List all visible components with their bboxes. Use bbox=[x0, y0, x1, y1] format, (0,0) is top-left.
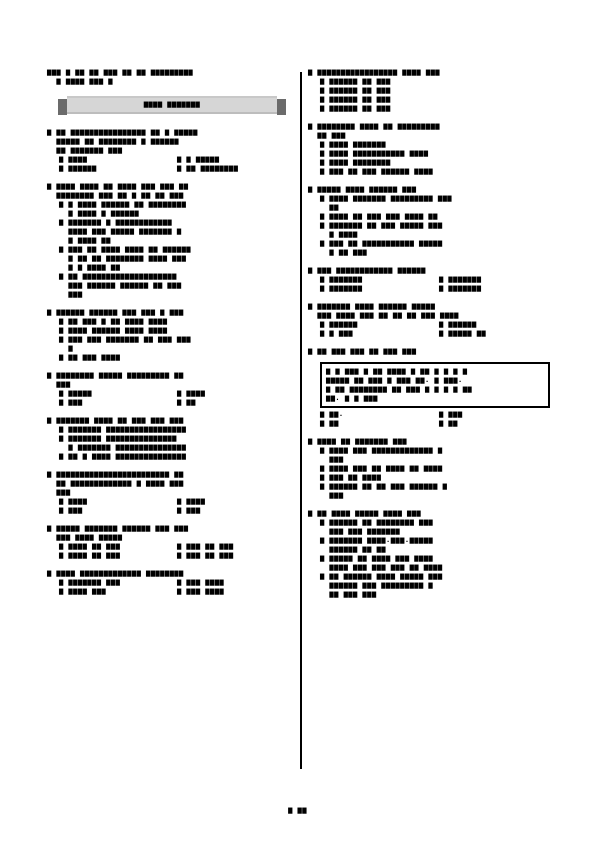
answer-options: ▆ ▆▆▆▆ ▆▆▆ ▆▆▆▆▆▆▆▆▆▆▆▆▆ ▆ ▆▆▆▆ ▆▆▆▆ ▆▆▆… bbox=[308, 446, 558, 500]
answer-option: ▆ ▆▆▆▆▆▆ ▆▆ ▆▆▆ bbox=[320, 77, 558, 86]
question-stem: ▆ ▆▆▆▆ ▆▆ ▆▆▆▆▆▆▆ ▆▆▆ bbox=[308, 437, 558, 446]
section-title: ▆▆▆▆ ▆▆▆▆▆▆▆ bbox=[67, 100, 277, 109]
question: ▆ ▆▆▆ ▆▆▆▆▆▆▆▆▆▆▆▆ ▆▆▆▆▆▆▆ ▆▆▆▆▆▆▆▆ ▆▆▆▆… bbox=[308, 266, 558, 293]
question-stem: ▆ ▆▆▆▆▆▆▆▆ ▆▆▆▆▆ ▆▆▆▆▆▆▆▆▆ ▆▆ ▆▆▆ bbox=[47, 371, 295, 389]
question-stem: ▆ ▆▆▆ ▆▆▆▆▆▆▆▆▆▆▆▆ ▆▆▆▆▆▆ bbox=[308, 266, 558, 275]
question: ▆ ▆▆▆▆▆ ▆▆▆▆ ▆▆▆▆▆▆ ▆▆▆▆ ▆▆▆▆ ▆▆▆▆▆▆▆ ▆▆… bbox=[308, 185, 558, 257]
question-stem: ▆ ▆▆▆▆ ▆▆▆▆▆▆▆▆▆▆▆▆▆ ▆▆▆▆▆▆▆▆ bbox=[47, 569, 295, 578]
answer-option: ▆ ▆▆. bbox=[320, 410, 439, 419]
answer-option: ▆ ▆▆ ▆▆▆▆▆▆▆▆▆▆▆▆▆▆▆▆▆▆▆▆ ▆▆▆ ▆▆▆▆▆▆ ▆▆▆… bbox=[59, 272, 295, 299]
question-stem: ▆ ▆▆ ▆▆▆ ▆▆▆ ▆▆ ▆▆▆ ▆▆▆ bbox=[308, 347, 558, 356]
answer-option: ▆ ▆▆▆▆▆▆ ▆▆ ▆▆▆ bbox=[320, 86, 558, 95]
answer-options: ▆ ▆▆▆▆ ▆▆ ▆▆▆▆ ▆▆▆ ▆▆ ▆▆▆▆ ▆▆▆▆ ▆▆ ▆▆▆▆ … bbox=[47, 542, 295, 560]
question: ▆ ▆▆▆▆▆▆▆▆▆▆▆▆▆▆▆▆▆ ▆▆▆▆ ▆▆▆▆ ▆▆▆▆▆▆ ▆▆ … bbox=[308, 68, 558, 113]
question: ▆ ▆▆▆▆ ▆▆▆▆▆▆▆▆▆▆▆▆▆ ▆▆▆▆▆▆▆▆▆ ▆▆▆▆▆▆▆ ▆… bbox=[47, 569, 295, 596]
answer-options: ▆ ▆▆▆▆▆▆▆▆ ▆▆▆▆▆▆▆▆ ▆▆▆▆▆▆▆▆ ▆▆▆▆▆▆▆ bbox=[308, 275, 558, 293]
answer-option: ▆ ▆▆▆ bbox=[59, 506, 177, 515]
answer-option: ▆ ▆▆▆▆▆▆▆ ▆▆▆▆▆▆▆▆▆▆▆▆▆▆▆▆▆ bbox=[59, 425, 295, 434]
answer-option: ▆ ▆▆▆▆▆▆▆ ▆▆▆▆.▆▆▆.▆▆▆▆▆ ▆▆▆▆▆▆ ▆▆ ▆▆ bbox=[320, 536, 558, 554]
answer-option: ▆ ▆▆▆▆▆▆▆ ▆▆▆▆▆▆▆▆▆▆▆▆▆▆▆ ▆ ▆▆▆▆▆▆▆ ▆▆▆▆… bbox=[59, 434, 295, 452]
question-stem: ▆ ▆▆▆▆▆▆ ▆▆▆▆▆▆ ▆▆▆ ▆▆▆ ▆ ▆▆▆ bbox=[47, 308, 295, 317]
banner-cap-left bbox=[58, 99, 67, 115]
question: ▆ ▆▆▆▆▆ ▆▆▆▆▆▆▆ ▆▆▆▆▆▆ ▆▆▆ ▆▆▆ ▆▆▆ ▆▆▆▆ … bbox=[47, 524, 295, 560]
answer-option: ▆ ▆▆▆▆▆▆ ▆▆ ▆▆▆ bbox=[320, 104, 558, 113]
question-stem: ▆ ▆▆▆▆▆ ▆▆▆▆ ▆▆▆▆▆▆ ▆▆▆ bbox=[308, 185, 558, 194]
answer-option: ▆ ▆▆ ▆ ▆▆▆▆ ▆▆▆▆▆▆▆▆▆▆▆▆▆▆▆ bbox=[59, 452, 295, 461]
answer-option: ▆ ▆▆▆▆ ▆▆▆▆▆▆ ▆▆▆▆ ▆▆▆▆ bbox=[59, 326, 295, 335]
answer-option: ▆ ▆▆ ▆▆▆ ▆▆▆▆ bbox=[59, 353, 295, 362]
question: ▆ ▆▆▆▆▆▆▆ ▆▆▆▆ ▆▆▆▆▆▆ ▆▆▆▆▆ ▆▆▆ ▆▆▆▆ ▆▆▆… bbox=[308, 302, 558, 338]
answer-option: ▆ ▆▆▆▆▆▆ bbox=[59, 164, 177, 173]
answer-option: ▆ ▆▆▆ ▆▆ ▆▆▆▆ bbox=[320, 473, 558, 482]
question: ▆ ▆▆▆▆▆▆ ▆▆▆▆▆▆ ▆▆▆ ▆▆▆ ▆ ▆▆▆▆ ▆▆ ▆▆▆ ▆ … bbox=[47, 308, 295, 362]
answer-option: ▆ ▆▆ bbox=[439, 419, 558, 428]
question: ▆ ▆▆ ▆▆▆▆ ▆▆▆▆▆ ▆▆▆▆ ▆▆▆▆ ▆▆▆▆▆▆ ▆▆ ▆▆▆▆… bbox=[308, 509, 558, 599]
answer-option: ▆ ▆▆▆▆ bbox=[177, 389, 295, 398]
answer-options: ▆ ▆▆▆▆▆ ▆ ▆▆▆▆▆▆ ▆▆▆▆▆▆▆ ▆▆ ▆▆▆▆▆▆▆▆ bbox=[47, 155, 295, 173]
answer-option: ▆ ▆▆▆▆▆▆ bbox=[320, 320, 439, 329]
answer-options: ▆ ▆▆▆▆▆▆▆ ▆▆▆▆▆▆▆ ▆ ▆▆▆▆ ▆▆▆▆▆ ▆▆ bbox=[308, 320, 558, 338]
answer-option: ▆ ▆▆▆ ▆▆▆▆ bbox=[177, 587, 295, 596]
answer-option: ▆ ▆▆▆▆ ▆▆ ▆▆▆ bbox=[59, 542, 177, 551]
answer-option: ▆ ▆▆▆▆▆▆▆ bbox=[439, 284, 558, 293]
answer-options: ▆ ▆▆▆▆▆▆ ▆▆ ▆▆▆▆▆▆▆▆ ▆▆▆ ▆▆▆ ▆▆▆ ▆▆▆▆▆▆▆… bbox=[308, 518, 558, 599]
left-question-list: ▆ ▆▆ ▆▆▆▆▆▆▆▆▆▆▆▆▆▆▆▆ ▆▆ ▆ ▆▆▆▆▆ ▆▆▆▆▆ ▆… bbox=[47, 128, 295, 596]
question-stem: ▆ ▆▆▆▆▆▆▆▆▆▆▆▆▆▆▆▆▆▆▆▆▆▆▆▆ ▆▆ ▆▆ ▆▆▆▆▆▆▆… bbox=[47, 470, 295, 497]
answer-option: ▆ ▆▆ bbox=[320, 419, 439, 428]
question: ▆ ▆▆▆▆▆▆▆▆ ▆▆▆▆▆ ▆▆▆▆▆▆▆▆▆ ▆▆ ▆▆▆▆ ▆▆▆▆▆… bbox=[47, 371, 295, 407]
question: ▆ ▆▆▆▆▆▆▆ ▆▆▆▆ ▆▆ ▆▆▆ ▆▆▆ ▆▆▆▆ ▆▆▆▆▆▆▆ ▆… bbox=[47, 416, 295, 461]
question-passage-box: ▆ ▆ ▆▆▆ ▆ ▆▆ ▆▆▆▆ ▆ ▆▆ ▆ ▆ ▆ ▆ ▆▆▆▆▆ ▆▆ … bbox=[320, 362, 550, 408]
answer-option: ▆ ▆▆▆▆▆ bbox=[59, 389, 177, 398]
intro-text: ▆▆▆ ▆ ▆▆ ▆▆ ▆▆▆ ▆▆ ▆▆ ▆▆▆▆▆▆▆▆▆ ▆ ▆▆▆▆ ▆… bbox=[47, 68, 295, 86]
question-stem: ▆ ▆▆▆▆▆ ▆▆▆▆▆▆▆ ▆▆▆▆▆▆ ▆▆▆ ▆▆▆ ▆▆▆ ▆▆▆▆ … bbox=[47, 524, 295, 542]
answer-option: ▆ ▆▆▆ ▆▆ ▆▆▆▆▆▆▆▆▆▆▆ ▆▆▆▆▆ ▆ ▆▆ ▆▆▆ bbox=[320, 239, 558, 257]
question-stem: ▆ ▆▆▆▆▆▆▆ ▆▆▆▆ ▆▆ ▆▆▆ ▆▆▆ ▆▆▆ bbox=[47, 416, 295, 425]
answer-option: ▆ ▆▆▆▆ bbox=[59, 155, 177, 164]
answer-option: ▆ ▆▆ ▆▆▆ ▆ ▆▆ ▆▆▆▆ ▆▆▆▆ bbox=[59, 317, 295, 326]
answer-options: ▆ ▆▆▆▆▆ ▆▆▆▆▆ ▆▆▆▆ ▆▆▆ bbox=[47, 497, 295, 515]
answer-option: ▆ ▆▆▆▆▆ ▆▆ bbox=[439, 329, 558, 338]
answer-option: ▆ ▆▆▆▆ ▆▆ ▆▆▆ bbox=[59, 551, 177, 560]
question-stem: ▆ ▆▆▆▆▆▆▆▆▆▆▆▆▆▆▆▆▆ ▆▆▆▆ ▆▆▆ bbox=[308, 68, 558, 77]
answer-option: ▆ ▆▆▆▆▆▆▆ bbox=[439, 275, 558, 284]
answer-option: ▆ ▆ ▆▆▆ bbox=[320, 329, 439, 338]
answer-option: ▆ ▆▆▆ bbox=[59, 398, 177, 407]
answer-option: ▆ ▆▆▆ ▆▆ ▆▆▆ ▆▆▆▆▆▆ ▆▆▆▆ bbox=[320, 167, 558, 176]
answer-option: ▆ ▆▆▆ ▆▆ ▆▆▆ bbox=[177, 542, 295, 551]
right-column: ▆ ▆▆▆▆▆▆▆▆▆▆▆▆▆▆▆▆▆ ▆▆▆▆ ▆▆▆▆ ▆▆▆▆▆▆ ▆▆ … bbox=[308, 68, 558, 608]
question-stem: ▆ ▆▆▆▆ ▆▆▆▆ ▆▆ ▆▆▆▆ ▆▆▆ ▆▆▆ ▆▆ ▆▆▆▆▆▆▆▆ … bbox=[47, 182, 295, 200]
question-stem: ▆ ▆▆ ▆▆▆▆ ▆▆▆▆▆ ▆▆▆▆ ▆▆▆ bbox=[308, 509, 558, 518]
answer-option: ▆ ▆▆▆▆▆▆ ▆▆ ▆▆▆ bbox=[320, 95, 558, 104]
answer-option: ▆ ▆▆▆▆▆▆▆ ▆ ▆▆▆▆▆▆▆▆▆▆▆▆ ▆▆▆▆ ▆▆▆ ▆▆▆▆▆ … bbox=[59, 218, 295, 245]
answer-options: ▆ ▆▆▆▆▆▆▆ ▆▆▆▆ ▆▆▆ ▆▆▆▆▆ ▆▆▆▆ ▆▆▆▆ ▆▆▆ ▆… bbox=[47, 578, 295, 596]
answer-option: ▆ ▆▆▆ ▆▆ ▆▆▆▆ ▆▆▆▆ ▆▆ ▆▆▆▆▆▆ ▆ ▆▆ ▆▆ ▆▆▆… bbox=[59, 245, 295, 272]
answer-option: ▆ ▆▆▆ ▆▆▆▆ bbox=[177, 578, 295, 587]
answer-option: ▆ ▆▆▆ ▆▆▆ ▆▆▆▆▆▆▆ ▆▆ ▆▆▆ ▆▆▆ ▆ bbox=[59, 335, 295, 353]
page-number: ▆ ▆▆ bbox=[0, 806, 595, 815]
answer-option: ▆ ▆▆▆▆ bbox=[59, 497, 177, 506]
answer-option: ▆ ▆▆▆▆ ▆▆▆ bbox=[59, 587, 177, 596]
answer-options: ▆ ▆▆▆▆ ▆▆▆▆▆▆▆▆ ▆▆▆▆ ▆▆▆▆▆▆▆▆▆▆▆ ▆▆▆▆▆ ▆… bbox=[308, 140, 558, 176]
banner-cap-right bbox=[277, 99, 286, 115]
answer-options: ▆ ▆▆.▆ ▆▆▆▆ ▆▆▆ ▆▆ bbox=[308, 410, 558, 428]
question: ▆ ▆▆▆▆ ▆▆▆▆ ▆▆ ▆▆▆▆ ▆▆▆ ▆▆▆ ▆▆ ▆▆▆▆▆▆▆▆ … bbox=[47, 182, 295, 299]
answer-option: ▆ ▆▆ ▆▆▆▆▆▆▆▆ bbox=[177, 164, 295, 173]
question-stem: ▆ ▆▆▆▆▆▆▆▆ ▆▆▆▆ ▆▆ ▆▆▆▆▆▆▆▆▆ ▆▆ ▆▆▆ bbox=[308, 122, 558, 140]
answer-options: ▆ ▆▆▆▆▆▆ ▆▆▆▆▆ ▆▆▆▆ ▆▆ bbox=[47, 389, 295, 407]
answer-option: ▆ ▆▆ bbox=[177, 398, 295, 407]
answer-options: ▆ ▆▆ ▆▆▆ ▆ ▆▆ ▆▆▆▆ ▆▆▆▆▆ ▆▆▆▆ ▆▆▆▆▆▆ ▆▆▆… bbox=[47, 317, 295, 362]
answer-option: ▆ ▆▆▆▆▆ ▆▆ ▆▆▆▆ ▆▆▆ ▆▆▆▆ ▆▆▆▆ ▆▆▆ ▆▆▆ ▆▆… bbox=[320, 554, 558, 572]
answer-option: ▆ ▆▆▆▆▆▆ ▆▆ ▆▆ ▆▆▆ ▆▆▆▆▆▆ ▆ ▆▆▆ bbox=[320, 482, 558, 500]
answer-options: ▆ ▆ ▆▆▆▆ ▆▆▆▆▆▆ ▆▆ ▆▆▆▆▆▆▆▆ ▆ ▆▆▆▆ ▆ ▆▆▆… bbox=[47, 200, 295, 299]
answer-option: ▆ ▆▆▆ ▆▆ ▆▆▆ bbox=[177, 551, 295, 560]
question-stem: ▆ ▆▆▆▆▆▆▆ ▆▆▆▆ ▆▆▆▆▆▆ ▆▆▆▆▆ ▆▆▆ ▆▆▆▆ ▆▆▆… bbox=[308, 302, 558, 320]
question: ▆ ▆▆▆▆▆▆▆▆ ▆▆▆▆ ▆▆ ▆▆▆▆▆▆▆▆▆ ▆▆ ▆▆▆▆ ▆▆▆… bbox=[308, 122, 558, 176]
answer-option: ▆ ▆ ▆▆▆▆ ▆▆▆▆▆▆ ▆▆ ▆▆▆▆▆▆▆▆ ▆ ▆▆▆▆ ▆ ▆▆▆… bbox=[59, 200, 295, 218]
answer-options: ▆ ▆▆▆▆▆▆▆ ▆▆▆▆▆▆▆▆▆▆▆▆▆▆▆▆▆ ▆ ▆▆▆▆▆▆▆ ▆▆… bbox=[47, 425, 295, 461]
question: ▆ ▆▆▆▆▆▆▆▆▆▆▆▆▆▆▆▆▆▆▆▆▆▆▆▆ ▆▆ ▆▆ ▆▆▆▆▆▆▆… bbox=[47, 470, 295, 515]
answer-option: ▆ ▆▆▆▆ ▆▆▆ ▆▆▆▆▆▆▆▆▆▆▆▆▆ ▆ ▆▆▆ bbox=[320, 446, 558, 464]
answer-option: ▆ ▆▆▆▆ ▆▆▆▆▆▆▆▆▆▆▆ ▆▆▆▆ bbox=[320, 149, 558, 158]
answer-options: ▆ ▆▆▆▆ ▆▆▆▆▆▆▆ ▆▆▆▆▆▆▆▆▆ ▆▆▆ ▆▆▆ ▆▆▆▆ ▆▆… bbox=[308, 194, 558, 257]
answer-option: ▆ ▆▆▆▆ ▆▆▆ ▆▆ ▆▆▆▆ ▆▆ ▆▆▆▆ bbox=[320, 464, 558, 473]
answer-option: ▆ ▆▆▆▆ ▆▆▆▆▆▆▆▆ bbox=[320, 158, 558, 167]
answer-option: ▆ ▆▆▆▆▆▆▆ ▆▆ ▆▆▆ ▆▆▆▆▆ ▆▆▆ ▆ ▆▆▆▆ bbox=[320, 221, 558, 239]
right-question-list: ▆ ▆▆▆▆▆▆▆▆▆▆▆▆▆▆▆▆▆ ▆▆▆▆ ▆▆▆▆ ▆▆▆▆▆▆ ▆▆ … bbox=[308, 68, 558, 599]
answer-option: ▆ ▆▆ ▆▆▆▆▆▆ ▆▆▆▆ ▆▆▆▆▆ ▆▆▆ ▆▆▆▆▆▆ ▆▆▆ ▆▆… bbox=[320, 572, 558, 599]
answer-option: ▆ ▆▆▆▆▆▆▆ bbox=[320, 284, 439, 293]
left-column: ▆▆▆ ▆ ▆▆ ▆▆ ▆▆▆ ▆▆ ▆▆ ▆▆▆▆▆▆▆▆▆ ▆ ▆▆▆▆ ▆… bbox=[47, 68, 295, 605]
answer-option: ▆ ▆▆▆▆▆▆ ▆▆ ▆▆▆▆▆▆▆▆ ▆▆▆ ▆▆▆ ▆▆▆ ▆▆▆▆▆▆▆ bbox=[320, 518, 558, 536]
answer-option: ▆ ▆▆▆ bbox=[177, 506, 295, 515]
answer-option: ▆ ▆▆▆▆▆▆ bbox=[439, 320, 558, 329]
answer-options: ▆ ▆▆▆▆▆▆ ▆▆ ▆▆▆▆ ▆▆▆▆▆▆ ▆▆ ▆▆▆▆ ▆▆▆▆▆▆ ▆… bbox=[308, 77, 558, 113]
column-divider bbox=[300, 72, 302, 769]
answer-option: ▆ ▆▆▆▆ ▆▆▆▆▆▆▆ ▆▆▆▆▆▆▆▆▆ ▆▆▆ ▆▆ bbox=[320, 194, 558, 212]
answer-option: ▆ ▆▆▆▆▆▆▆ ▆▆▆ bbox=[59, 578, 177, 587]
question: ▆ ▆▆ ▆▆▆ ▆▆▆ ▆▆ ▆▆▆ ▆▆▆▆ ▆ ▆▆▆ ▆ ▆▆ ▆▆▆▆… bbox=[308, 347, 558, 428]
answer-option: ▆ ▆▆▆▆ ▆▆ ▆▆▆ ▆▆▆ ▆▆▆▆ ▆▆ bbox=[320, 212, 558, 221]
answer-option: ▆ ▆▆▆ bbox=[439, 410, 558, 419]
question-stem: ▆ ▆▆ ▆▆▆▆▆▆▆▆▆▆▆▆▆▆▆▆ ▆▆ ▆ ▆▆▆▆▆ ▆▆▆▆▆ ▆… bbox=[47, 128, 295, 155]
answer-option: ▆ ▆▆▆▆ ▆▆▆▆▆▆▆ bbox=[320, 140, 558, 149]
answer-option: ▆ ▆▆▆▆▆▆▆ bbox=[320, 275, 439, 284]
question: ▆ ▆▆ ▆▆▆▆▆▆▆▆▆▆▆▆▆▆▆▆ ▆▆ ▆ ▆▆▆▆▆ ▆▆▆▆▆ ▆… bbox=[47, 128, 295, 173]
question: ▆ ▆▆▆▆ ▆▆ ▆▆▆▆▆▆▆ ▆▆▆▆ ▆▆▆▆ ▆▆▆ ▆▆▆▆▆▆▆▆… bbox=[308, 437, 558, 500]
section-banner: ▆▆▆▆ ▆▆▆▆▆▆▆ bbox=[67, 96, 277, 114]
answer-option: ▆ ▆▆▆▆ bbox=[177, 497, 295, 506]
answer-option: ▆ ▆ ▆▆▆▆▆ bbox=[177, 155, 295, 164]
